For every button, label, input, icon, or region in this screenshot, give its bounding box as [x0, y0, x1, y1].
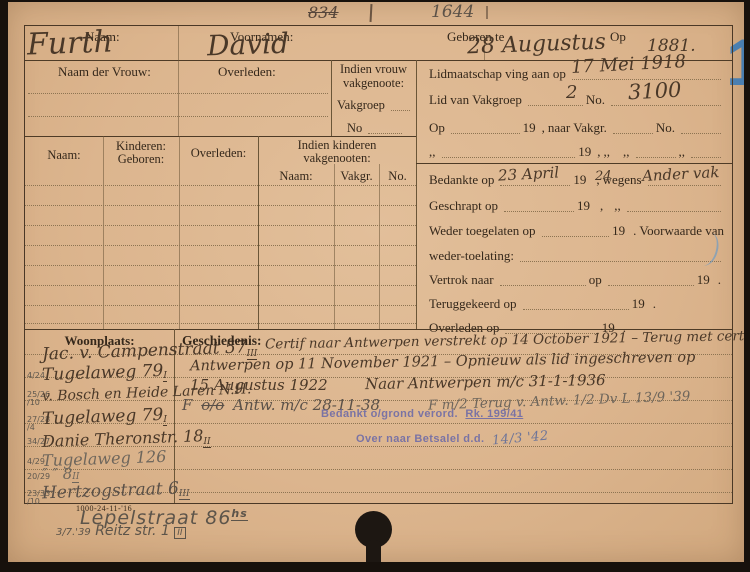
address-floor: I — [163, 416, 167, 426]
bedankte-date-value: 23 April — [498, 163, 560, 184]
jaar-19: 19 — [632, 296, 645, 312]
kind-sub-no-label: No. — [379, 169, 416, 184]
address-floor: I — [163, 372, 167, 382]
dotted-fill — [613, 129, 653, 134]
period: . — [718, 272, 721, 288]
stamp-betsalel: Over naar Betsalel d.d. 14/3 '42 — [356, 431, 549, 446]
dotted-line — [25, 264, 416, 266]
address-text: Reitz str. 1 — [95, 523, 170, 539]
history-line-1: Certif naar Antwerpen verstrekt op 14 Oc… — [265, 327, 744, 352]
dotted-fill — [504, 207, 574, 212]
dotted-fill — [442, 153, 576, 158]
ditto: ,, — [679, 144, 686, 160]
period: . — [633, 223, 636, 239]
stamp-bedankt: Bedankt o/grond verord. Rk. 199/41 — [321, 408, 523, 420]
form-box: Naam: Furth Voornamen: David Geboren te … — [24, 25, 733, 504]
period: . — [653, 296, 656, 312]
history-line-3-date: 15 Augustus 1922 — [190, 376, 328, 394]
dotted-fill — [681, 129, 721, 134]
dotted-fill — [691, 153, 721, 158]
address-date-note: 23/33 /10 — [27, 490, 42, 507]
dotted-line — [25, 244, 416, 246]
address-date-note: 4/24 — [27, 372, 42, 380]
history-line-4-struck: o/o — [201, 396, 224, 414]
punch-hole-stem — [366, 540, 381, 562]
kind-overleden-label: Overleden: — [179, 146, 258, 161]
vertrok-label: Vertrok naar — [429, 272, 494, 288]
address-date-note: 3/7.'39 — [56, 527, 91, 538]
voornamen-value: David — [206, 27, 289, 63]
no-label: No. — [586, 92, 605, 108]
kinderen-section: Naam: Kinderen: Geboren: Overleden: Indi… — [25, 136, 416, 329]
op2-label: op — [589, 272, 602, 288]
address-text: Tugelaweg 79 — [42, 405, 164, 429]
dotted-line — [25, 304, 416, 306]
jaar-19: 19 — [577, 198, 590, 214]
history-line-3-rest: Naar Antwerpen m/c 31-1-1936 — [365, 371, 606, 393]
address-entry: 4/24 Tugelaweg 79 I — [27, 363, 167, 383]
bottom-section: Woonplaats: Jac. v. Campenstraat 57 III … — [25, 329, 732, 503]
dotted-line — [25, 184, 416, 186]
comma: , — [600, 198, 603, 214]
address-floor: hs — [231, 507, 247, 521]
ditto: ,, — [614, 198, 621, 214]
dotted-fill — [627, 207, 721, 212]
terug-label: Teruggekeerd op — [429, 296, 517, 312]
dotted-fill — [608, 281, 694, 286]
no-value: 3100 — [627, 78, 682, 105]
jaar-19: 19 — [697, 272, 710, 288]
geschrapt-label: Geschrapt op — [429, 198, 498, 214]
dotted-line — [28, 92, 328, 94]
comma: , — [597, 144, 600, 160]
address-text: Tugelaweg 79 — [42, 361, 164, 385]
stamp-bedankt-text: Bedankt o/grond verord. — [321, 408, 458, 420]
no-label: No. — [656, 120, 675, 136]
aanvang-label: Lidmaatschap ving aan op — [429, 66, 566, 82]
divider — [178, 60, 179, 136]
divider — [178, 26, 179, 60]
vrouw-overleden-label: Overleden: — [218, 64, 276, 80]
scan-background: 834 1644 1 Naam: Furth Voornamen: David … — [0, 0, 750, 572]
indien-vrouw-label-2: vakgenoote: — [343, 76, 404, 90]
bedankte-year-value: 24 — [595, 169, 612, 184]
card-number-old: 834 — [308, 3, 339, 22]
vrouw-no-label: No — [347, 121, 362, 136]
jaar-19: 19 — [612, 223, 625, 239]
kind-sub-naam-label: Naam: — [258, 169, 334, 184]
weder-label: Weder toegelaten op — [429, 223, 536, 239]
ditto: ,, — [429, 144, 436, 160]
dotted-line — [25, 204, 416, 206]
op-label: Op — [429, 120, 445, 136]
membership-card: 834 1644 1 Naam: Furth Voornamen: David … — [8, 2, 744, 562]
dotted-line — [25, 224, 416, 226]
pen-tick-mark — [486, 6, 488, 19]
lid-vakgroep-label: Lid van Vakgroep — [429, 92, 522, 108]
dotted-fill — [391, 106, 410, 111]
stamp-betsalel-date: 14/3 '42 — [491, 429, 549, 449]
divider — [179, 136, 180, 329]
address-text: Hertzogstraat 6 — [42, 479, 180, 504]
address-date-note: 25/26 /10 — [27, 391, 42, 408]
pen-tick-mark — [370, 4, 373, 22]
dotted-fill — [500, 281, 586, 286]
toelating-label: weder-toelating: — [429, 248, 514, 264]
card-number-new: 1644 — [431, 2, 474, 22]
dotted-fill — [523, 305, 629, 310]
ditto: ,, — [623, 144, 630, 160]
jaar-19: 19 — [523, 120, 536, 136]
bedankte-label: Bedankte op — [429, 172, 494, 188]
dotted-fill — [368, 129, 402, 134]
indien-vrouw-label-1: Indien vrouw — [340, 62, 407, 76]
dotted-fill — [636, 153, 676, 158]
lid-vakgroep-value: 2 — [566, 82, 577, 103]
naam-value: Furth — [26, 25, 113, 63]
kind-sub-vakgr-label: Vakgr. — [334, 169, 379, 184]
history-line-2: Antwerpen op 11 November 1921 – Opnieuw … — [190, 350, 696, 375]
kind-geboren-label: Geboren: — [103, 152, 179, 167]
jaar-19: 19 — [578, 144, 591, 160]
address-entry: 23/33 /10 Hertzogstraat 6 III — [27, 481, 190, 507]
dotted-fill — [451, 129, 520, 134]
dotted-fill — [542, 232, 610, 237]
jaar-19: 19 — [573, 172, 586, 188]
geschiedenis-label: Geschiedenis: — [182, 333, 262, 349]
kind-naam-label: Naam: — [25, 148, 103, 163]
stamp-bedankt-ref: Rk. 199/41 — [465, 408, 523, 420]
op-label: Op — [610, 29, 626, 45]
ditto: ,, — [604, 144, 611, 160]
dotted-line — [28, 115, 328, 117]
dotted-line — [25, 322, 416, 324]
address-floor: II — [174, 527, 185, 539]
address-extra-2: 3/7.'39 Reitz str. 1 II — [56, 523, 186, 539]
naam-der-vrouw-label: Naam der Vrouw: — [58, 64, 151, 80]
geboren-date-value: 28 Augustus — [467, 30, 607, 60]
history-line-4-pre: F — [182, 396, 192, 414]
indien-kinderen-label-2: vakgenooten: — [258, 151, 416, 166]
naar-vakgr-label: naar Vakgr. — [548, 120, 607, 136]
stamp-betsalel-text: Over naar Betsalel d.d. — [356, 433, 484, 445]
address-date-note: 34/27 — [27, 438, 42, 446]
vrouw-section: Naam der Vrouw: Overleden: Indien vrouw … — [25, 60, 416, 136]
dotted-fill — [520, 257, 721, 262]
dotted-line — [25, 284, 416, 286]
comma: , — [542, 120, 545, 136]
vrouw-vakgroep-label: Vakgroep — [337, 98, 385, 113]
lidmaatschap-section: Lidmaatschap ving aan op 17 Mei 1918 Lid… — [416, 60, 732, 329]
